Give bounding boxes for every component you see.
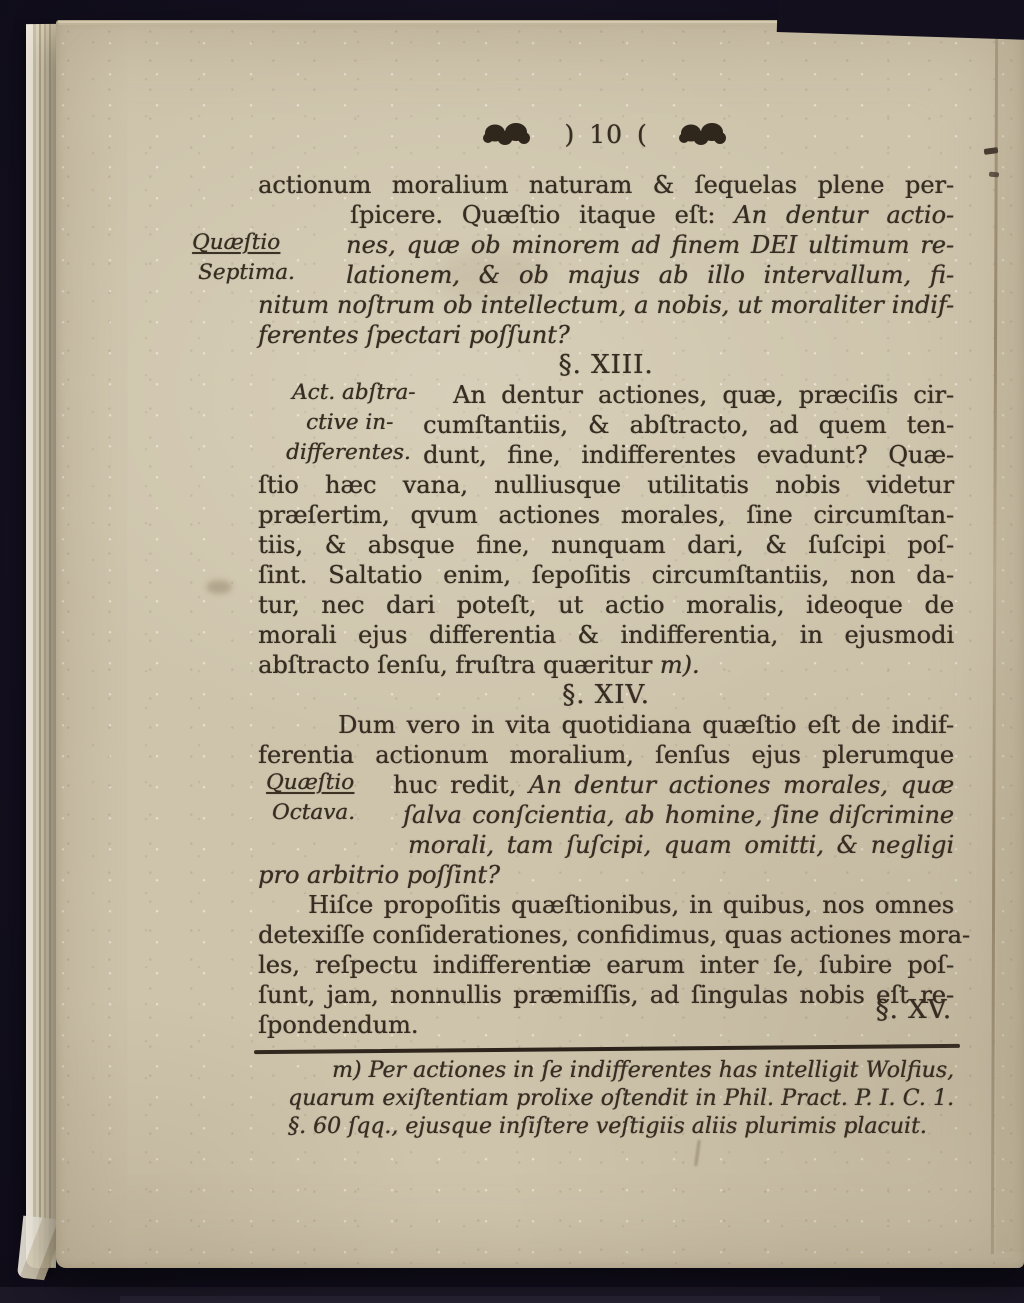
paper-tear-mark — [989, 172, 999, 178]
body-line: morali, tam ſuſcipi, quam omitti, & negl… — [258, 830, 954, 860]
body-line: nes, quæ ob minorem ad finem DEI ultimum… — [258, 230, 954, 260]
fleuron-ornament-right — [678, 122, 730, 148]
body-line: tur, nec dari poteſt, ut actio moralis, … — [258, 590, 954, 620]
body-line: morali ejus differentia & indifferentia,… — [258, 620, 954, 650]
scanned-book-photo: ) 10 ( Quæſtio Septim — [0, 0, 1024, 1303]
body-line: cumſtantiis, & abſtracto, ad quem ten- — [258, 410, 954, 440]
next-page-strip — [996, 26, 1024, 1252]
footnote-line: m) Per actiones in ſe indifferentes has … — [258, 1057, 954, 1085]
table-highlight-band — [120, 1296, 880, 1303]
text-column: Quæſtio Septima. Act. abſtra- ctive in- … — [258, 170, 954, 1141]
body-line: detexiſſe conſiderationes, confidimus, q… — [258, 920, 954, 950]
book-page: ) 10 ( Quæſtio Septim — [56, 20, 1024, 1268]
right-bracket: ( — [637, 120, 648, 149]
body-line: nitum noſtrum ob intellectum, a nobis, u… — [258, 290, 954, 320]
body-line: actionum moralium naturam & ſequelas ple… — [258, 170, 954, 200]
footnote-rule — [254, 1044, 960, 1054]
body-line: ſtio hæc vana, nulliusque utilitatis nob… — [258, 470, 954, 500]
fleuron-ornament-left — [482, 122, 534, 148]
body-line: ſalva conſcientia, ab homine, ſine diſcr… — [258, 800, 954, 830]
book-block: ) 10 ( Quæſtio Septim — [26, 20, 1024, 1272]
body-line: dunt, fine, indifferentes evadunt? Quæ- — [258, 440, 954, 470]
body-line: pro arbitrio poſſint? — [258, 860, 954, 890]
body-line: ſpondendum. §. XV. — [258, 1010, 954, 1040]
page-number: 10 — [589, 120, 623, 149]
body-line: ferentia actionum moralium, ſenſus ejus … — [258, 740, 954, 770]
body-line: huc redit, An dentur actiones morales, q… — [258, 770, 954, 800]
page-edge-stack — [26, 24, 56, 1268]
page-header: ) 10 ( — [258, 120, 954, 149]
body-line: ſint. Saltatio enim, ſepoſitis circumſta… — [258, 560, 954, 590]
body-line: Hiſce propoſitis quæſtionibus, in quibus… — [258, 890, 954, 920]
body-line: ferentes ſpectari poſſunt? — [258, 320, 954, 350]
page-number-display: ) 10 ( — [564, 120, 647, 149]
body-line: ſunt, jam, nonnullis præmiſſis, ad ſingu… — [258, 980, 954, 1010]
body-line: lationem, & ob majus ab illo intervallum… — [258, 260, 954, 290]
body-line: Dum vero in vita quotidiana quæſtio eſt … — [258, 710, 954, 740]
footnote-line: §. 60 ſqq., ejusque inſiſtere veſtigiis … — [258, 1113, 954, 1141]
shadow-top-right — [777, 0, 1024, 40]
body-line: ſpicere. Quæſtio itaque eſt: An dentur a… — [258, 200, 954, 230]
paper-stain — [206, 580, 232, 594]
body-line: les, reſpectu indifferentiæ earum inter … — [258, 950, 954, 980]
section-heading-xiv: §. XIV. — [258, 680, 954, 710]
body-line: præſertim, qvum actiones morales, ſine c… — [258, 500, 954, 530]
section-heading-xiii: §. XIII. — [258, 350, 954, 380]
footnote-line: quarum exiſtentiam prolixe oſtendit in P… — [258, 1085, 954, 1113]
paper-scratch — [694, 1140, 701, 1166]
body-line: An dentur actiones, quæ, præciſis cir- — [258, 380, 954, 410]
section-heading-xv-catchline: §. XV. — [875, 995, 952, 1025]
body-line: abſtracto ſenſu, fruſtra quæritur m). — [258, 650, 954, 680]
body-line: tiis, & absque fine, nunquam dari, & ſuſ… — [258, 530, 954, 560]
left-bracket: ) — [564, 120, 575, 149]
